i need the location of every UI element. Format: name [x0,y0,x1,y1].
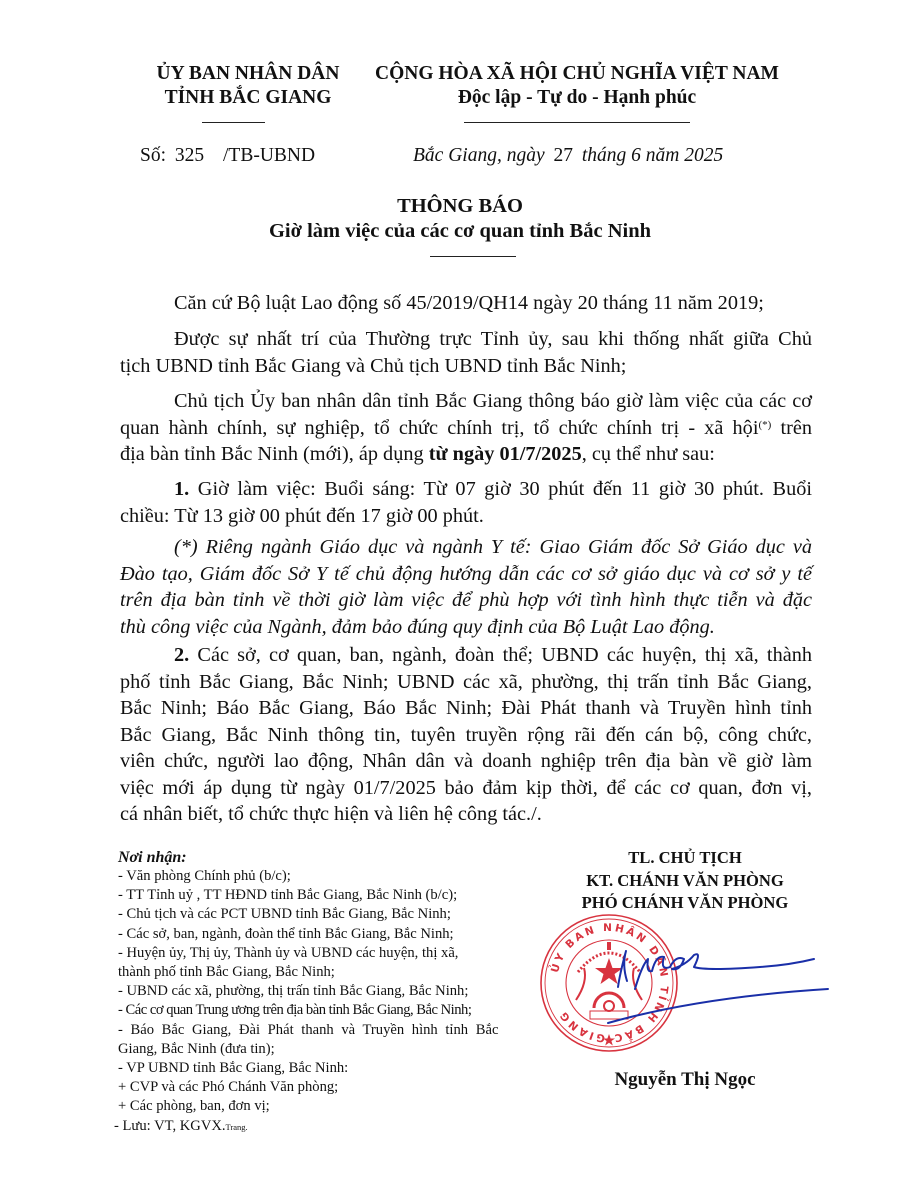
recipient-item: - VP UBND tỉnh Bắc Giang, Bắc Ninh: [118,1059,538,1078]
text-line: Bắc Ninh; Báo Bắc Giang, Báo Bắc Ninh; Đ… [120,695,812,722]
recipient-item: Giang, Bắc Ninh (đưa tin); [118,1040,538,1059]
archive-text: - Lưu: VT, KGVX. [114,1118,226,1134]
recipient-item: - UBND các xã, phường, thị trấn tỉnh Bắc… [118,982,538,1001]
recipient-item: thành phố tỉnh Bắc Giang, Bắc Ninh; [118,963,538,982]
footnote-marker: (*) [758,419,771,431]
text-segment: trên [771,417,812,439]
paragraph-working-hours: 1. Giờ làm việc: Buổi sáng: Từ 07 giờ 30… [120,476,812,529]
text-line: 2. Các sở, cơ quan, ban, ngành, đoàn thể… [120,642,812,669]
paragraph-agreement: Được sự nhất trí của Thường trực Tỉnh ủy… [120,326,812,379]
text-line: Bắc Giang, Bắc Ninh thông tin, tuyên tru… [120,722,812,749]
recipients-title: Nơi nhận: [118,848,538,867]
recipient-item: - Văn phòng Chính phủ (b/c); [118,867,538,886]
text-line: việc mới áp dụng từ ngày 01/7/2025 bảo đ… [120,775,812,802]
nation-line-1: CỘNG HÒA XÃ HỘI CHỦ NGHĨA VIỆT NAM [356,62,798,86]
text-line: chiều: Từ 13 giờ 00 phút đến 17 giờ 00 p… [120,503,812,530]
text-line: Đào tạo, Giám đốc Sở Y tế chủ động hướng… [120,561,812,588]
recipient-item: + Các phòng, ban, đơn vị; [118,1097,538,1116]
text-line: Căn cứ Bộ luật Lao động số 45/2019/QH14 … [120,290,812,317]
text-line: phố tỉnh Bắc Giang, Bắc Ninh; UBND các x… [120,669,812,696]
text-line: 1. Giờ làm việc: Buổi sáng: Từ 07 giờ 30… [120,476,812,503]
recipient-item: - Các sở, ban, ngành, đoàn thể tỉnh Bắc … [118,925,538,944]
text-segment: , cụ thể như sau: [582,443,715,465]
text-segment: quan hành chính, sự nghiệp, tổ chức chín… [120,417,758,439]
date-day: 27 [553,145,573,166]
item-number: 1. [174,478,189,500]
title-main: THÔNG BÁO [200,194,720,219]
text-line: (*) Riêng ngành Giáo dục và ngành Y tế: … [120,534,812,561]
issuer-line-1: ỦY BAN NHÂN DÂN [128,62,368,86]
title-underline [430,256,516,257]
issuer-underline [202,122,265,123]
recipient-item: - Báo Bắc Giang, Đài Phát thanh và Truyề… [118,1021,538,1040]
paragraph-exception-note: (*) Riêng ngành Giáo dục và ngành Y tế: … [120,534,812,640]
effective-date: từ ngày 01/7/2025 [429,443,582,465]
motto-underline [464,122,690,123]
issuer-line-2: TỈNH BẮC GIANG [128,86,368,110]
nation-line-2: Độc lập - Tự do - Hạnh phúc [356,86,798,110]
recipient-item: - Huyện ủy, Thị ủy, Thành ủy và UBND các… [118,944,538,963]
text-line: Được sự nhất trí của Thường trực Tỉnh ủy… [120,326,812,353]
handwritten-signature-icon [560,945,830,1025]
signature-line-2: KT. CHÁNH VĂN PHÒNG [540,870,830,893]
place-date: Bắc Giang, ngày 27 tháng 6 năm 2025 [413,144,723,168]
text-line: tịch UBND tỉnh Bắc Giang và Chủ tịch UBN… [120,353,812,380]
recipients-list: Nơi nhận: - Văn phòng Chính phủ (b/c); -… [118,848,538,1137]
text-line: viên chức, người lao động, Nhân dân và d… [120,748,812,775]
issuer-name: ỦY BAN NHÂN DÂN TỈNH BẮC GIANG [128,62,368,110]
recipient-item: + CVP và các Phó Chánh Văn phòng; [118,1078,538,1097]
archive-initials: Trang. [226,1122,248,1132]
date-month-year: tháng 6 năm 2025 [582,145,723,166]
number-value: 325 [175,145,204,166]
text-line: trên địa bàn tỉnh về thời giờ làm việc đ… [120,587,812,614]
text-line: quan hành chính, sự nghiệp, tổ chức chín… [120,415,812,442]
signature-line-1: TL. CHỦ TỊCH [540,847,830,870]
signature-title: TL. CHỦ TỊCH KT. CHÁNH VĂN PHÒNG PHÓ CHÁ… [540,847,830,915]
recipient-item: - Các cơ quan Trung ương trên địa bàn tỉ… [118,1001,538,1020]
recipient-item: - Chủ tịch và các PCT UBND tỉnh Bắc Gian… [118,905,538,924]
archive-line: - Lưu: VT, KGVX.Trang. [114,1117,538,1137]
text-segment: địa bàn tỉnh Bắc Ninh (mới), áp dụng [120,443,429,465]
paragraph-dissemination: 2. Các sở, cơ quan, ban, ngành, đoàn thể… [120,642,812,828]
text-line: Chủ tịch Ủy ban nhân dân tỉnh Bắc Giang … [120,388,812,415]
national-motto: CỘNG HÒA XÃ HỘI CHỦ NGHĨA VIỆT NAM Độc l… [356,62,798,110]
number-suffix: /TB-UBND [223,145,315,166]
text-line: thù công việc của Ngành, đảm bảo đúng qu… [120,614,812,641]
paragraph-announcement: Chủ tịch Ủy ban nhân dân tỉnh Bắc Giang … [120,388,812,468]
title-subtitle: Giờ làm việc của các cơ quan tỉnh Bắc Ni… [200,219,720,244]
text-segment: Giờ làm việc: Buổi sáng: Từ 07 giờ 30 ph… [189,478,812,500]
recipient-item: - TT Tỉnh uỷ , TT HĐND tỉnh Bắc Giang, B… [118,886,538,905]
text-line: cá nhân biết, tổ chức thực hiện và liên … [120,801,812,828]
document-title: THÔNG BÁO Giờ làm việc của các cơ quan t… [200,194,720,244]
signer-name: Nguyễn Thị Ngọc [540,1068,830,1092]
text-segment: Các sở, cơ quan, ban, ngành, đoàn thể; U… [189,644,812,666]
item-number: 2. [174,644,189,666]
place-date-prefix: Bắc Giang, ngày [413,145,545,166]
document-number: Số: 325 /TB-UBND [140,144,315,168]
paragraph-legal-basis: Căn cứ Bộ luật Lao động số 45/2019/QH14 … [120,290,812,317]
number-prefix: Số: [140,145,166,166]
text-line: địa bàn tỉnh Bắc Ninh (mới), áp dụng từ … [120,441,812,468]
